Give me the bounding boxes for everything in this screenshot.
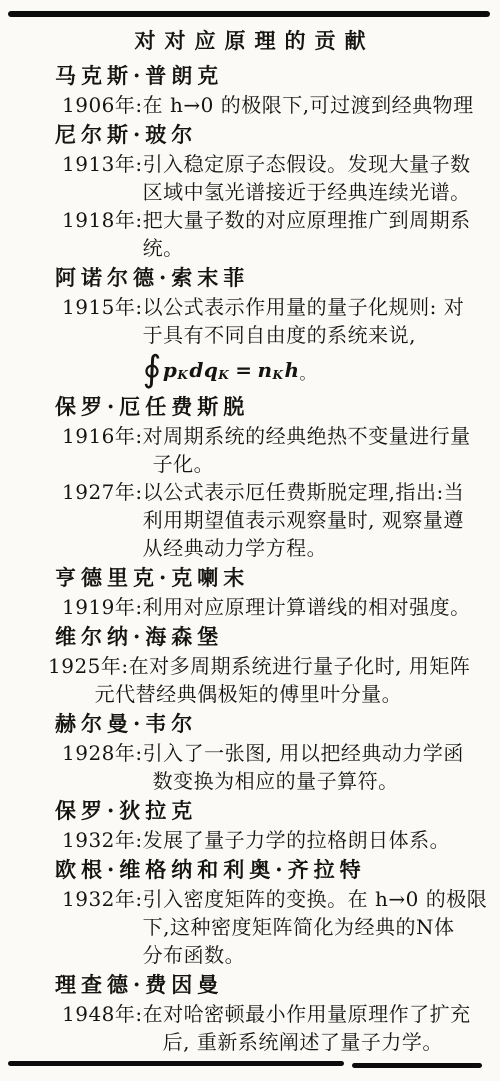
contribution-row: 1925年: 在对多周期系统进行量子化时, 用矩阵 元代替经典偶极矩的傅里叶分量…: [0, 652, 500, 708]
formula-subscript-k: K: [218, 361, 229, 389]
scientist-name: 欧根·维格纳和利奥·齐拉特: [0, 854, 500, 885]
contribution-row: 1918年: 把大量子数的对应原理推广到周期系 统。: [0, 206, 500, 262]
contribution-line: 在对多周期系统进行量子化时, 用矩阵: [129, 652, 500, 680]
contribution-line: 发展了量子力学的拉格朗日体系。: [143, 826, 500, 854]
scientist-name: 赫尔曼·韦尔: [0, 708, 500, 739]
contribution-line: 统。: [143, 234, 500, 262]
formula-h: h: [284, 356, 299, 384]
year-label: 1932年:: [62, 826, 143, 854]
formula-subscript-k: K: [273, 361, 284, 389]
formula-n: n: [258, 356, 273, 384]
contribution-line: 引入稳定原子态假设。发现大量子数: [143, 150, 500, 178]
year-label: 1913年:: [62, 150, 143, 206]
year-label: 1919年:: [62, 593, 143, 621]
year-label: 1932年:: [62, 885, 143, 969]
contribution-row: 1906年: 在 h→0 的极限下,可过渡到经典物理: [0, 91, 500, 119]
contribution-row: 1919年: 利用对应原理计算谱线的相对强度。: [0, 593, 500, 621]
scientist-name: 保罗·狄拉克: [0, 795, 500, 826]
page-content: 对对应原理的贡献 马克斯·普朗克 1906年: 在 h→0 的极限下,可过渡到经…: [0, 26, 500, 1056]
scientist-name: 维尔纳·海森堡: [0, 621, 500, 652]
contribution-line: 区域中氢光谱接近于经典连续光谱。: [143, 178, 500, 206]
contribution-line: 利用对应原理计算谱线的相对强度。: [143, 593, 500, 621]
year-label: 1948年:: [62, 1000, 143, 1056]
contribution-row: 1915年: 以公式表示作用量的量子化规则: 对 于具有不同自由度的系统来说, …: [0, 293, 500, 391]
contribution-line: 引入密度矩阵的变换。在 h→0 的极限: [143, 885, 500, 913]
contribution-line: 元代替经典偶极矩的傅里叶分量。: [95, 680, 500, 708]
contribution-line: 数变换为相应的量子算符。: [153, 767, 500, 795]
year-label: 1927年:: [62, 478, 143, 562]
contribution-line: 分布函数。: [143, 941, 500, 969]
formula-d: d: [189, 356, 203, 384]
contribution-line: 于具有不同自由度的系统来说,: [143, 321, 500, 349]
year-label: 1928年:: [62, 739, 143, 795]
contribution-line: 把大量子数的对应原理推广到周期系: [143, 206, 500, 234]
bottom-rule-left: [8, 1061, 344, 1066]
contribution-row: 1913年: 引入稳定原子态假设。发现大量子数 区域中氢光谱接近于经典连续光谱。: [0, 150, 500, 206]
year-label: 1918年:: [62, 206, 143, 262]
contribution-row: 1927年: 以公式表示厄任费斯脱定理,指出:当 利用期望值表示观察量时, 观察…: [0, 478, 500, 562]
contribution-line: 对周期系统的经典绝热不变量进行量: [143, 422, 500, 450]
contribution-row: 1932年: 发展了量子力学的拉格朗日体系。: [0, 826, 500, 854]
contribution-row: 1948年: 在对哈密顿最小作用量原理作了扩充 后, 重新系统阐述了量子力学。: [0, 1000, 500, 1056]
formula-period: 。: [300, 360, 317, 388]
formula-q: q: [204, 356, 218, 384]
scientist-name: 马克斯·普朗克: [0, 60, 500, 91]
contribution-line: 下,这种密度矩阵简化为经典的N体: [143, 913, 500, 941]
formula-subscript-k: K: [177, 361, 188, 389]
contour-integral-symbol: ∮: [143, 352, 162, 388]
scientist-name: 保罗·厄任费斯脱: [0, 391, 500, 422]
equals-sign: =: [230, 356, 257, 384]
contribution-line: 从经典动力学方程。: [143, 534, 500, 562]
contribution-line: 引入了一张图, 用以把经典动力学函: [143, 739, 500, 767]
contribution-line: 后, 重新系统阐述了量子力学。: [163, 1028, 500, 1056]
year-label: 1906年:: [62, 91, 143, 119]
formula-p: p: [163, 356, 177, 384]
scientist-name: 亨德里克·克喇末: [0, 562, 500, 593]
scientist-name: 阿诺尔德·索末菲: [0, 262, 500, 293]
page-title: 对对应原理的贡献: [0, 26, 500, 60]
top-rule: [8, 11, 490, 17]
contribution-line: 利用期望值表示观察量时, 观察量遵: [143, 506, 500, 534]
year-label: 1915年:: [62, 293, 143, 391]
book-page: 对对应原理的贡献 马克斯·普朗克 1906年: 在 h→0 的极限下,可过渡到经…: [0, 0, 500, 1081]
contribution-row: 1932年: 引入密度矩阵的变换。在 h→0 的极限 下,这种密度矩阵简化为经典…: [0, 885, 500, 969]
contribution-line: 子化。: [153, 450, 500, 478]
bottom-rule-right: [352, 1063, 482, 1068]
scientist-name: 尼尔斯·玻尔: [0, 119, 500, 150]
contribution-line: 在 h→0 的极限下,可过渡到经典物理: [143, 91, 500, 119]
contribution-line: 以公式表示厄任费斯脱定理,指出:当: [143, 478, 500, 506]
quantization-formula: ∮ p K d q K = n K h 。: [143, 349, 500, 391]
contribution-line: 在对哈密顿最小作用量原理作了扩充: [143, 1000, 500, 1028]
contribution-line: 以公式表示作用量的量子化规则: 对: [143, 293, 500, 321]
contribution-row: 1928年: 引入了一张图, 用以把经典动力学函 数变换为相应的量子算符。: [0, 739, 500, 795]
year-label: 1916年:: [62, 422, 143, 478]
contribution-row: 1916年: 对周期系统的经典绝热不变量进行量 子化。: [0, 422, 500, 478]
scientist-name: 理查德·费因曼: [0, 969, 500, 1000]
